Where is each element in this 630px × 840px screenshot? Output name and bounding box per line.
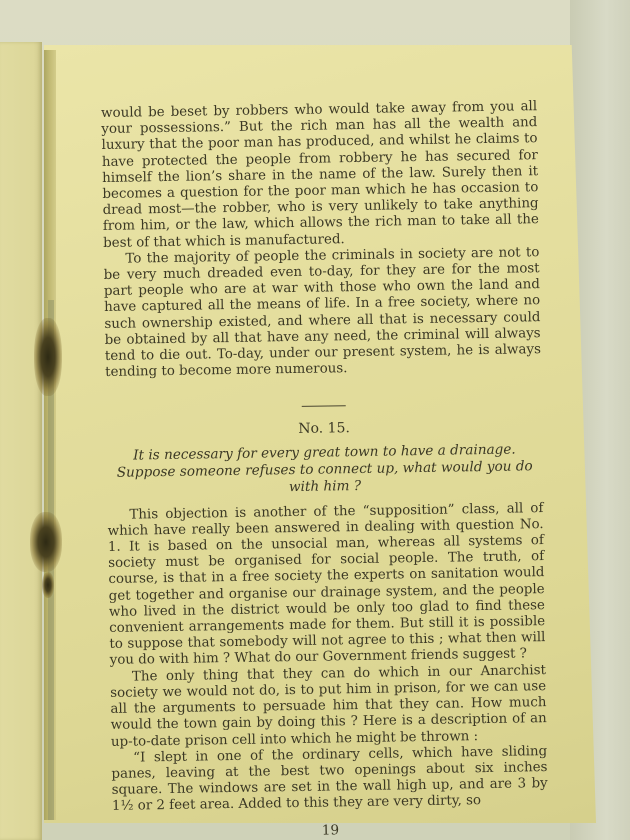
burn-mark-bottom bbox=[42, 572, 54, 598]
page-text: would be beset by robbers who would take… bbox=[101, 99, 549, 840]
paragraph-supposition: This objection is another of the “suppos… bbox=[107, 501, 545, 670]
paragraph-robbers: would be beset by robbers who would take… bbox=[101, 99, 539, 252]
paragraph-criminals: To the majority of people the criminals … bbox=[103, 245, 541, 381]
burn-mark-upper bbox=[34, 318, 62, 396]
page-number: 19 bbox=[112, 819, 548, 840]
prison-quote: “I slept in one of the ordinary cells, w… bbox=[111, 744, 548, 816]
section-heading: No. 15. bbox=[106, 418, 542, 441]
burn-mark-lower bbox=[30, 512, 62, 572]
section-divider bbox=[302, 406, 346, 408]
previous-page-edge bbox=[0, 42, 42, 840]
section-question: It is necessary for every great town to … bbox=[106, 441, 543, 499]
paragraph-prison: The only thing that they can do which in… bbox=[110, 663, 547, 751]
